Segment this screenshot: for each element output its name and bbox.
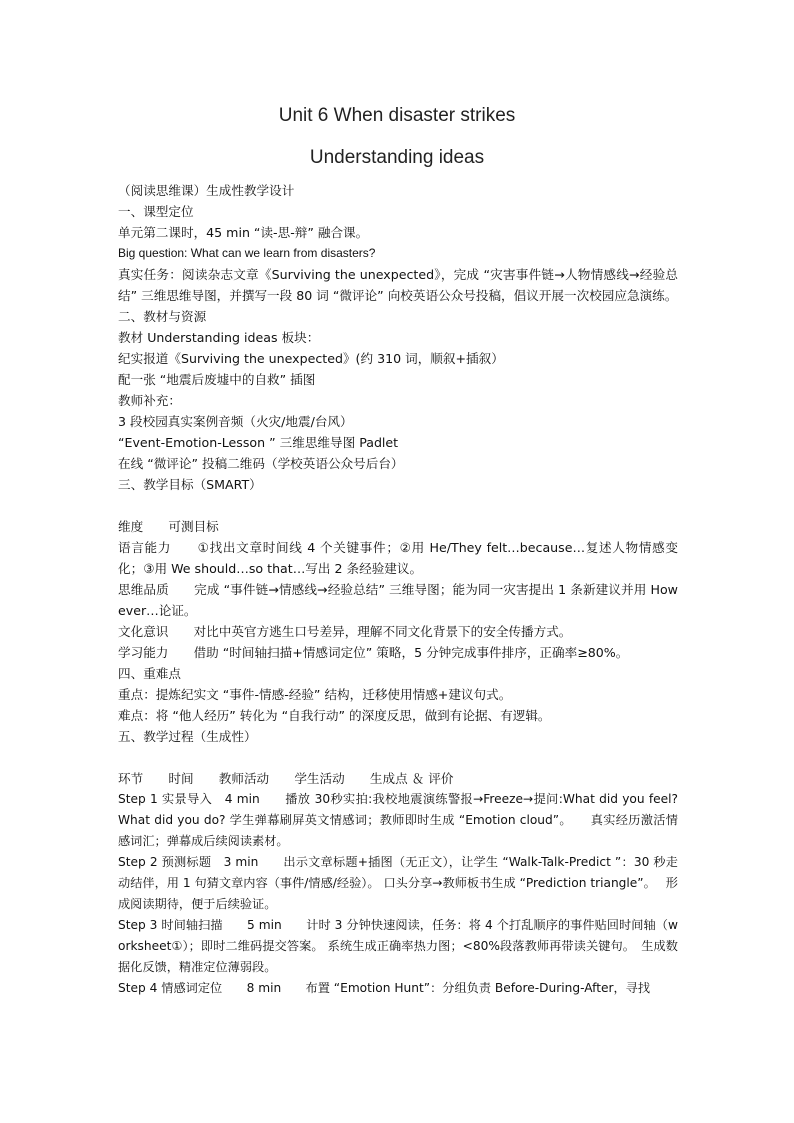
big-question: Big question: What can we learn from dis… <box>118 243 678 264</box>
resource-item: 配一张 “地震后废墟中的自救” 插图 <box>118 369 678 390</box>
difficult-point: 难点：将 “他人经历” 转化为 “自我行动” 的深度反思，做到有论据、有逻辑。 <box>118 705 678 726</box>
lesson-position: 单元第二课时，45 min “读-思-辩” 融合课。 <box>118 222 678 243</box>
goal-row: 思维品质 完成 “事件链→情感线→经验总结” 三维导图；能为同一灾害提出 1 条… <box>118 579 678 621</box>
process-step: Step 2 预测标题 3 min 出示文章标题+插图（无正文），让学生 “Wa… <box>118 852 678 915</box>
section-heading-5: 五、教学过程（生成性） <box>118 726 678 747</box>
document-title: Unit 6 When disaster strikes <box>0 105 794 127</box>
process-table-header: 环节 时间 教师活动 学生活动 生成点 ＆ 评价 <box>118 768 678 789</box>
section-heading-1: 一、课型定位 <box>118 201 678 222</box>
spacer <box>118 495 678 516</box>
document-page: Unit 6 When disaster strikes Understandi… <box>0 0 794 1123</box>
document-body: （阅读思维课）生成性教学设计 一、课型定位 单元第二课时，45 min “读-思… <box>118 180 678 999</box>
resource-item: 3 段校园真实案例音频（火灾/地震/台风） <box>118 411 678 432</box>
real-task: 真实任务：阅读杂志文章《Surviving the unexpected》，完成… <box>118 264 678 306</box>
document-subtitle: Understanding ideas <box>0 147 794 169</box>
process-step: Step 3 时间轴扫描 5 min 计时 3 分钟快速阅读，任务：将 4 个打… <box>118 915 678 978</box>
course-type: （阅读思维课）生成性教学设计 <box>118 180 678 201</box>
key-point: 重点：提炼纪实文 “事件-情感-经验” 结构，迁移使用情感+建议句式。 <box>118 684 678 705</box>
process-step: Step 4 情感词定位 8 min 布置 “Emotion Hunt”：分组负… <box>118 978 678 999</box>
resource-item: 教材 Understanding ideas 板块： <box>118 327 678 348</box>
resource-item: 在线 “微评论” 投稿二维码（学校英语公众号后台） <box>118 453 678 474</box>
section-heading-2: 二、教材与资源 <box>118 306 678 327</box>
resource-item: 教师补充： <box>118 390 678 411</box>
resource-item: 纪实报道《Surviving the unexpected》(约 310 词，顺… <box>118 348 678 369</box>
process-step: Step 1 实景导入 4 min 播放 30秒实拍:我校地震演练警报→Free… <box>118 789 678 852</box>
goal-row: 语言能力 ①找出文章时间线 4 个关键事件；②用 He/They felt…be… <box>118 537 678 579</box>
goal-row: 文化意识 对比中英官方逃生口号差异，理解不同文化背景下的安全传播方式。 <box>118 621 678 642</box>
section-heading-3: 三、教学目标（SMART） <box>118 474 678 495</box>
section-heading-4: 四、重难点 <box>118 663 678 684</box>
goal-row: 学习能力 借助 “时间轴扫描+情感词定位” 策略，5 分钟完成事件排序，正确率≥… <box>118 642 678 663</box>
spacer <box>118 747 678 768</box>
goals-table-header: 维度 可测目标 <box>118 516 678 537</box>
resource-item: “Event-Emotion-Lesson ” 三维思维导图 Padlet <box>118 432 678 453</box>
